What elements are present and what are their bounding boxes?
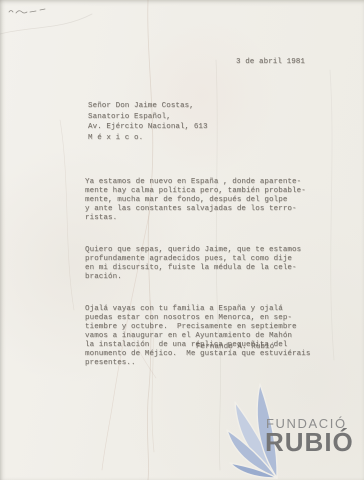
recipient-address: Señor Don Jaime Costas, Sanatorio Españo…	[88, 101, 208, 143]
fundacio-rubio-logo: FUNDACIÓ RUBIÓ	[224, 381, 364, 480]
paragraph-3: Ojalá vayas con tu familia a España y oj…	[85, 305, 325, 368]
pencil-annotation-mark	[6, 4, 54, 22]
signature-name: Fernando A. Rubió	[196, 343, 274, 352]
logo-wordmark: FUNDACIÓ RUBIÓ	[266, 417, 354, 455]
paragraph-2: Quiero que sepas, querido Jaime, que te …	[85, 246, 325, 282]
scanned-letter-page: 3 de abril 1981 Señor Don Jaime Costas, …	[0, 0, 364, 480]
letter-date: 3 de abril 1981	[236, 58, 305, 67]
letter-body: Ya estamos de nuevo en España , donde ap…	[85, 160, 325, 391]
paragraph-1: Ya estamos de nuevo en España , donde ap…	[85, 178, 325, 223]
logo-text-rubio: RUBIÓ	[265, 429, 354, 455]
